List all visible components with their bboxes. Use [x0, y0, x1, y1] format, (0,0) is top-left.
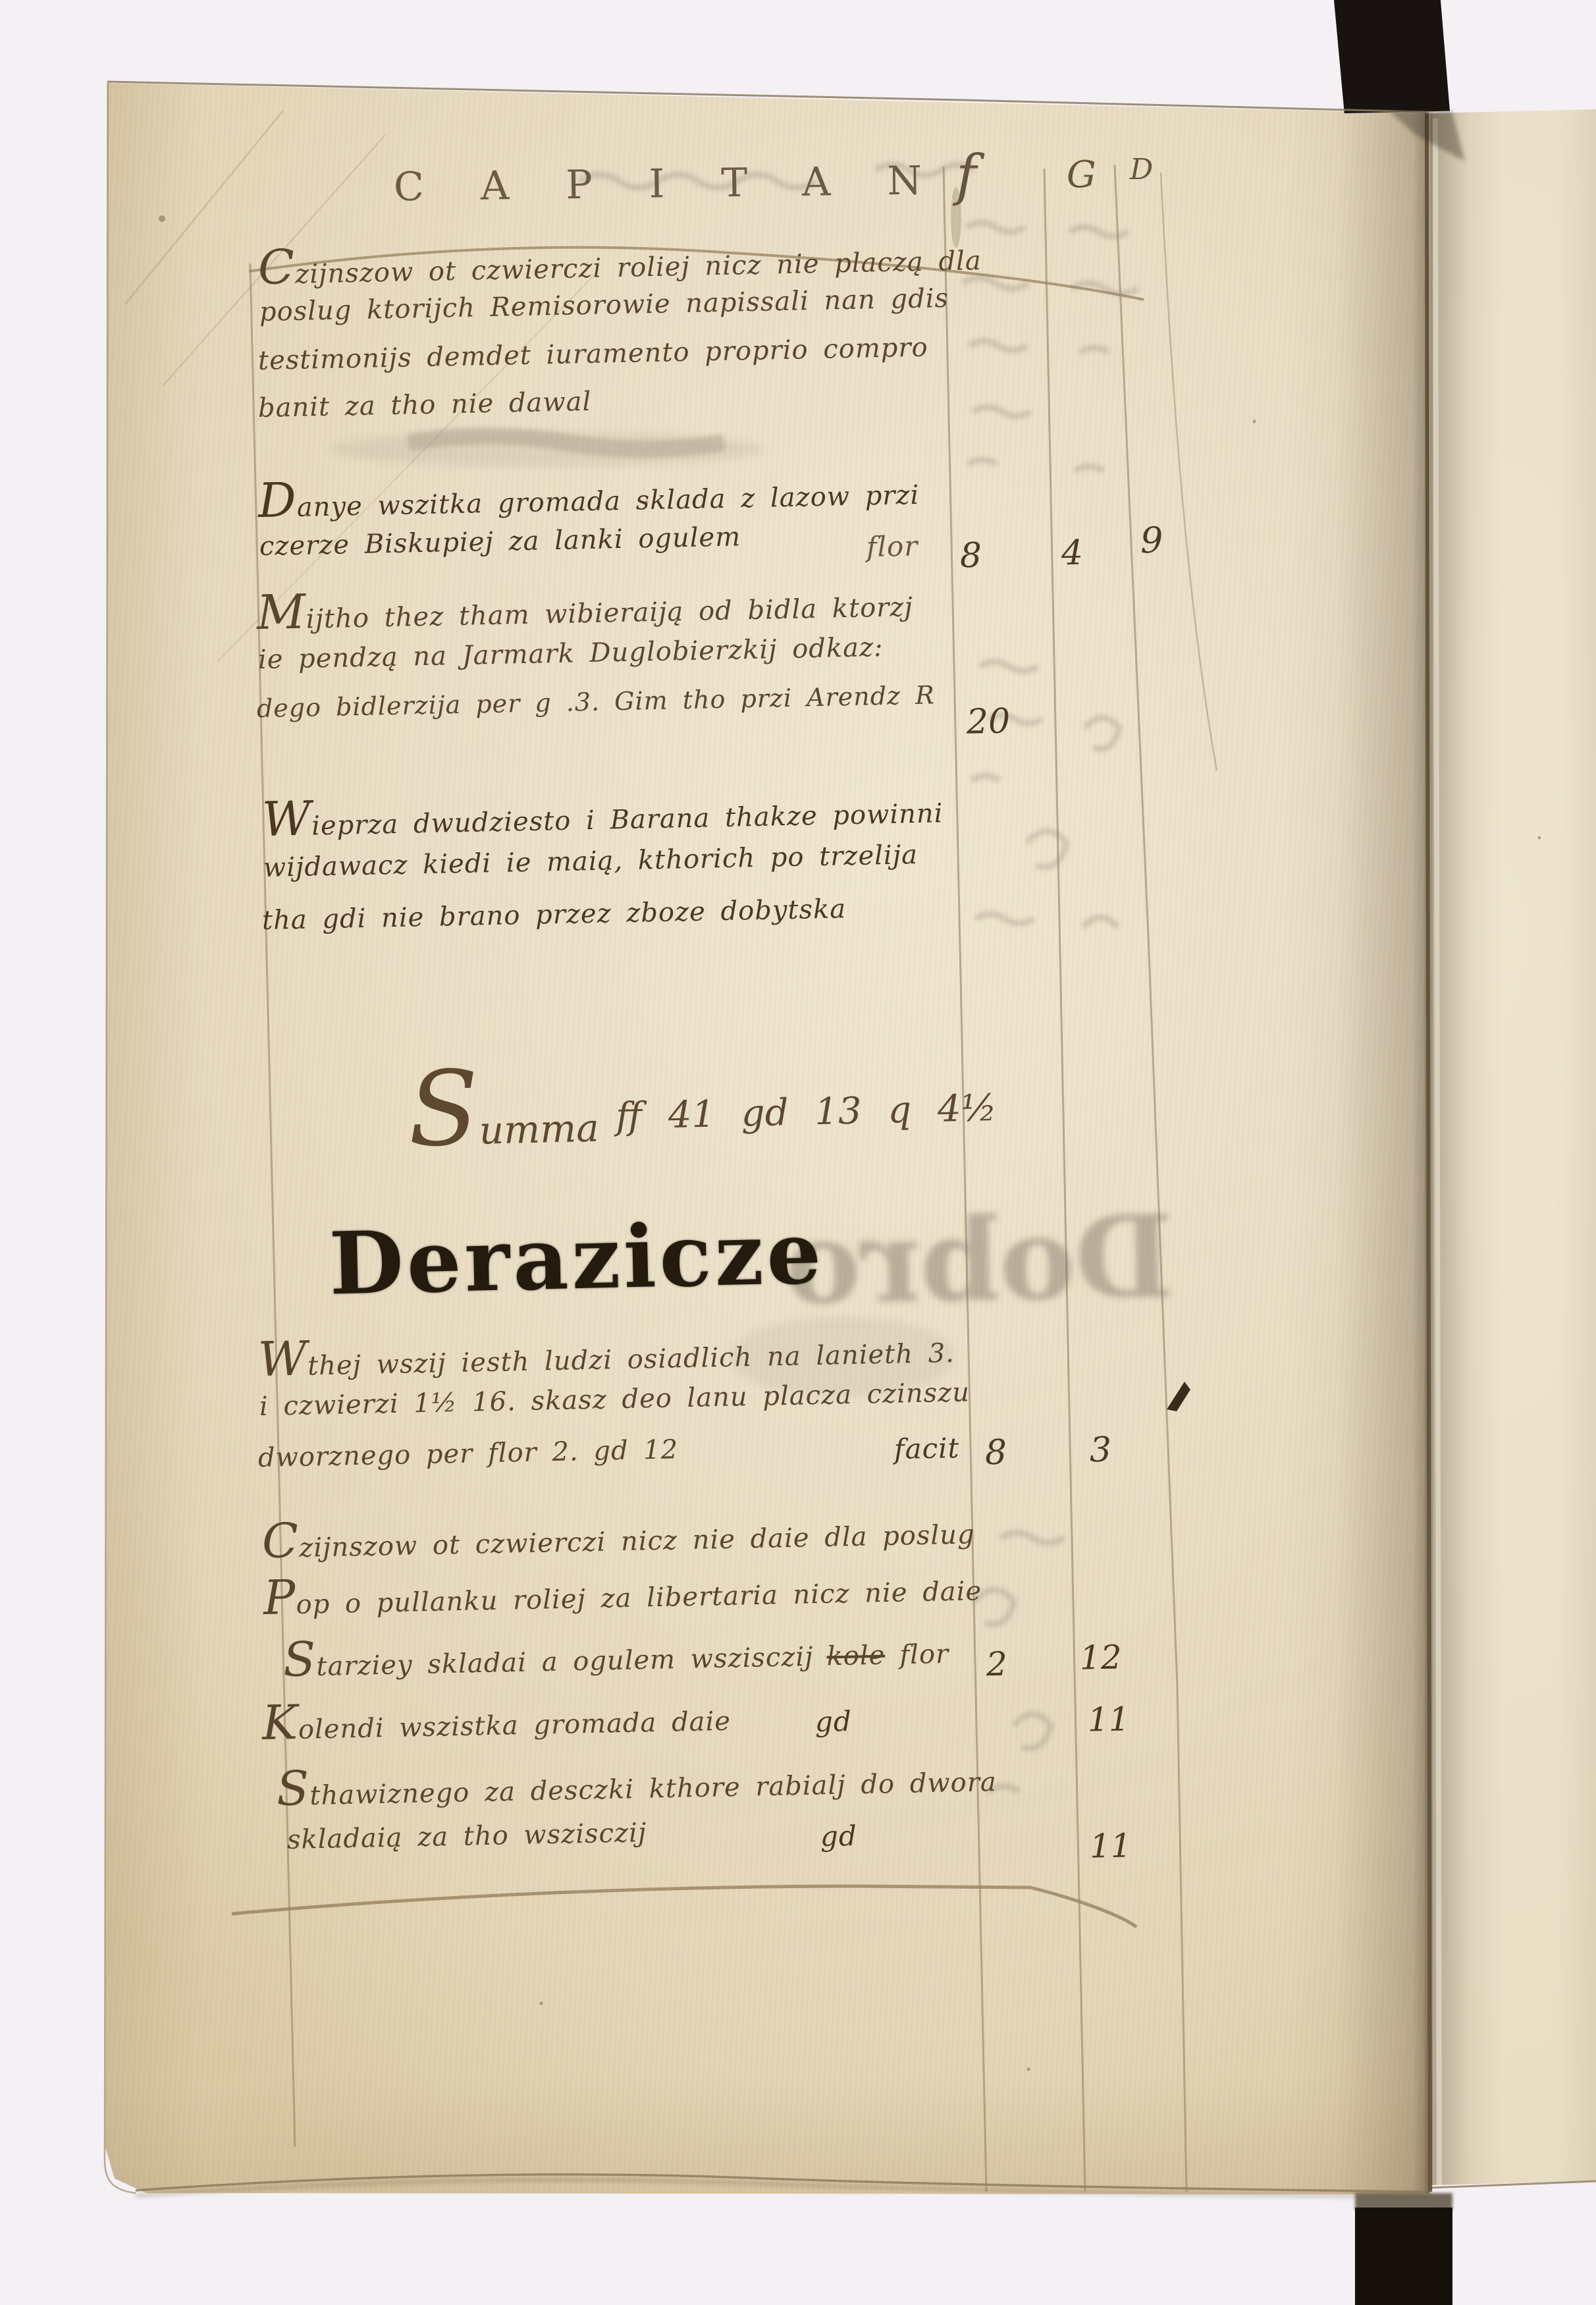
amount-grossi: 11 [1088, 1702, 1130, 1736]
column-label-d: D [1130, 155, 1153, 184]
amount-grossi: 4 [1061, 536, 1084, 571]
currency-word: flor [866, 531, 918, 562]
column-rule-d [1115, 165, 1186, 2192]
facit-word: facit [894, 1433, 960, 1465]
ledger-ruling [232, 165, 1217, 2192]
struck-word: kole [826, 1641, 886, 1672]
page-title: CAPITAN [394, 157, 979, 211]
section-heading: Derazicze [329, 1210, 826, 1307]
summa-amounts: ff 41 gd 13 q 4½ [616, 1087, 997, 1138]
amount-floreni: 8 [985, 1436, 1007, 1471]
manuscript-scan: Dobro CAPITAN f G D Czijnszow ot czwierc… [0, 0, 1596, 2305]
amount-grossi: 12 [1080, 1641, 1122, 1674]
currency-word: flor [899, 1639, 949, 1670]
amount-grossi: 3 [1090, 1433, 1112, 1468]
column-label-g: G [1067, 157, 1096, 194]
amount-denarii: 9 [1140, 523, 1163, 559]
amount-floreni: 8 [960, 539, 982, 574]
entry-line: Kolendi wszistka gromada daie [261, 1695, 731, 1745]
summa-word: Summa [408, 1077, 600, 1155]
amount-grossi: 11 [1090, 1829, 1132, 1862]
summa-line: Summaff 41 gd 13 q 4½ [408, 1068, 997, 1154]
closing-rule [232, 1886, 1136, 1927]
currency-word: gd [815, 1706, 853, 1737]
column-rule-g [1044, 169, 1085, 2192]
ink-tick-mark [1167, 1382, 1190, 1411]
column-label-f: f [956, 148, 976, 203]
amount-floreni: 2 [986, 1648, 1008, 1681]
amount-value: 20 [967, 704, 1011, 739]
gutter-crease [1389, 111, 1465, 2192]
currency-word: gd [820, 1821, 858, 1852]
entry-line: banit za tho nie dawal [258, 387, 592, 423]
column-rule-extra [1161, 173, 1217, 771]
